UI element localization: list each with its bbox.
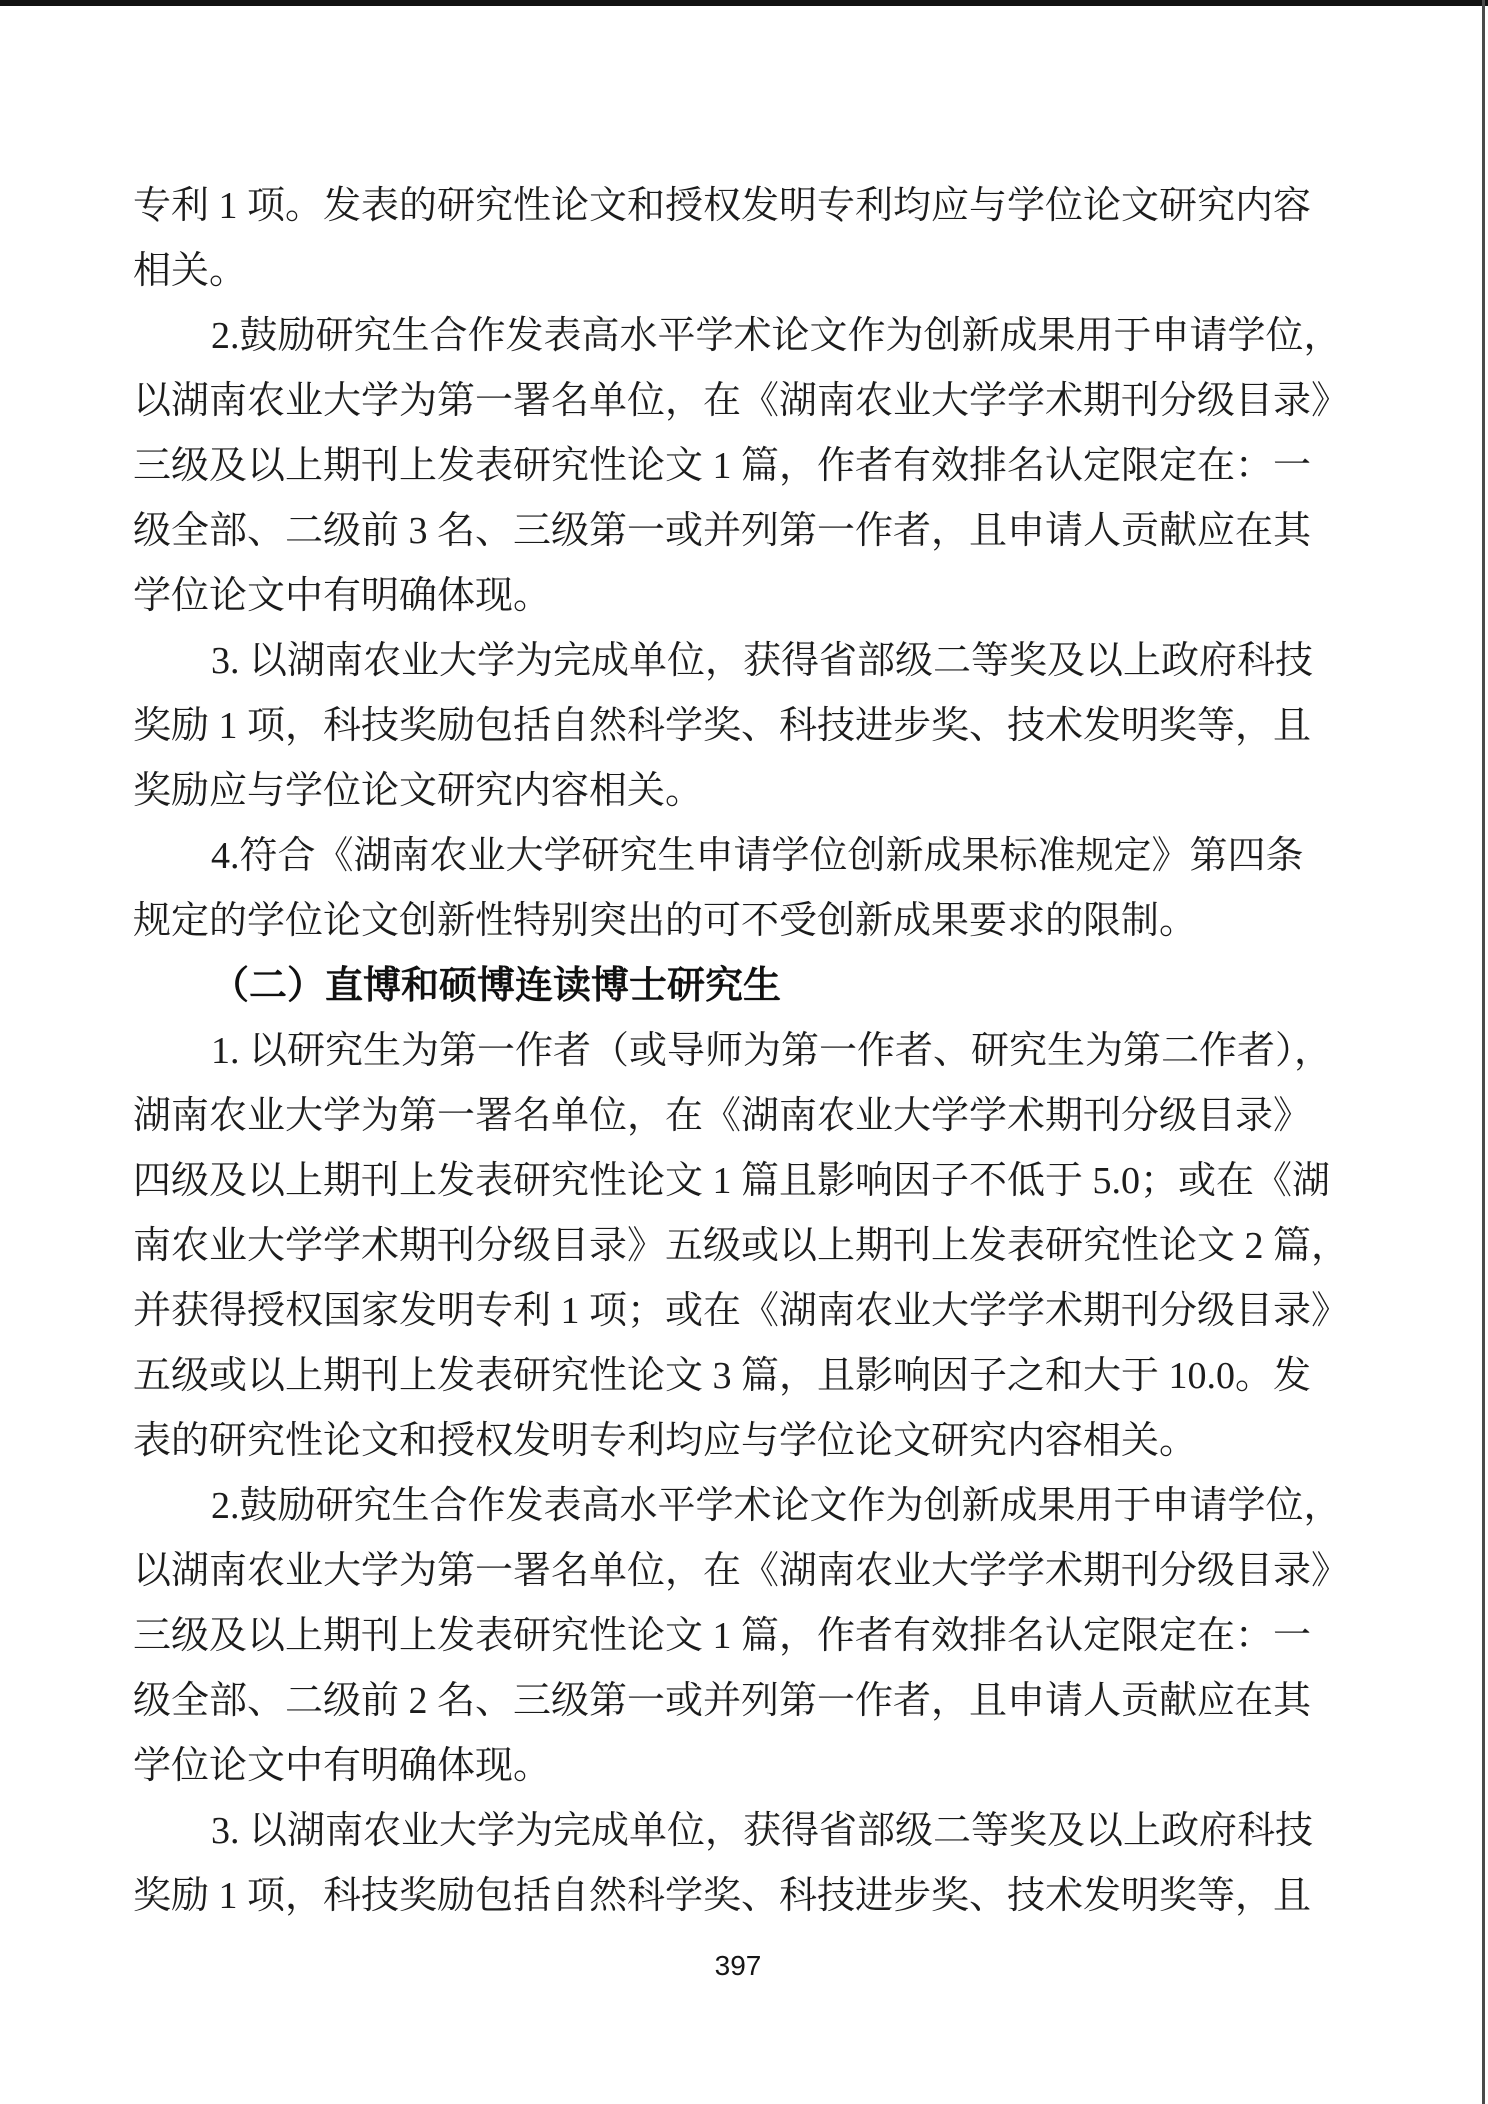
text-line: 以湖南农业大学为第一署名单位，在《湖南农业大学学术期刊分级目录》 (133, 1539, 1343, 1604)
text-line: 级全部、二级前 3 名、三级第一或并列第一作者，且申请人贡献应在其 (133, 499, 1343, 564)
text-line: 并获得授权国家发明专利 1 项；或在《湖南农业大学学术期刊分级目录》 (133, 1279, 1343, 1344)
text-line: 规定的学位论文创新性特别突出的可不受创新成果要求的限制。 (133, 889, 1343, 954)
text-line: 1. 以研究生为第一作者（或导师为第一作者、研究生为第二作者）， (133, 1019, 1343, 1084)
text-line: 学位论文中有明确体现。 (133, 564, 1343, 629)
text-line: 学位论文中有明确体现。 (133, 1734, 1343, 1799)
section-heading: （二）直博和硕博连读博士研究生 (133, 954, 1343, 1019)
text-line: 专利 1 项。发表的研究性论文和授权发明专利均应与学位论文研究内容 (133, 174, 1343, 239)
text-line: 四级及以上期刊上发表研究性论文 1 篇且影响因子不低于 5.0；或在《湖 (133, 1149, 1343, 1214)
text-line: 五级或以上期刊上发表研究性论文 3 篇，且影响因子之和大于 10.0。发 (133, 1344, 1343, 1409)
text-line: 2.鼓励研究生合作发表高水平学术论文作为创新成果用于申请学位， (133, 304, 1343, 369)
text-line: 以湖南农业大学为第一署名单位，在《湖南农业大学学术期刊分级目录》 (133, 369, 1343, 434)
text-line: 三级及以上期刊上发表研究性论文 1 篇，作者有效排名认定限定在：一 (133, 434, 1343, 499)
text-line: 湖南农业大学为第一署名单位，在《湖南农业大学学术期刊分级目录》 (133, 1084, 1343, 1149)
text-line: 相关。 (133, 239, 1343, 304)
page-edge-line (1482, 0, 1485, 2104)
document-body: 专利 1 项。发表的研究性论文和授权发明专利均应与学位论文研究内容 相关。 2.… (133, 174, 1343, 1929)
text-line: 表的研究性论文和授权发明专利均应与学位论文研究内容相关。 (133, 1409, 1343, 1474)
page-number: 397 (133, 1948, 1343, 1984)
page-top-border (0, 0, 1488, 6)
text-line: 3. 以湖南农业大学为完成单位，获得省部级二等奖及以上政府科技 (133, 1799, 1343, 1864)
document-page: 专利 1 项。发表的研究性论文和授权发明专利均应与学位论文研究内容 相关。 2.… (0, 0, 1488, 2104)
text-line: 2.鼓励研究生合作发表高水平学术论文作为创新成果用于申请学位， (133, 1474, 1343, 1539)
text-line: 奖励应与学位论文研究内容相关。 (133, 759, 1343, 824)
text-line: 3. 以湖南农业大学为完成单位，获得省部级二等奖及以上政府科技 (133, 629, 1343, 694)
text-line: 奖励 1 项，科技奖励包括自然科学奖、科技进步奖、技术发明奖等，且 (133, 1864, 1343, 1929)
text-line: 三级及以上期刊上发表研究性论文 1 篇，作者有效排名认定限定在：一 (133, 1604, 1343, 1669)
text-line: 级全部、二级前 2 名、三级第一或并列第一作者，且申请人贡献应在其 (133, 1669, 1343, 1734)
text-line: 4.符合《湖南农业大学研究生申请学位创新成果标准规定》第四条 (133, 824, 1343, 889)
text-line: 奖励 1 项，科技奖励包括自然科学奖、科技进步奖、技术发明奖等，且 (133, 694, 1343, 759)
text-line: 南农业大学学术期刊分级目录》五级或以上期刊上发表研究性论文 2 篇， (133, 1214, 1343, 1279)
